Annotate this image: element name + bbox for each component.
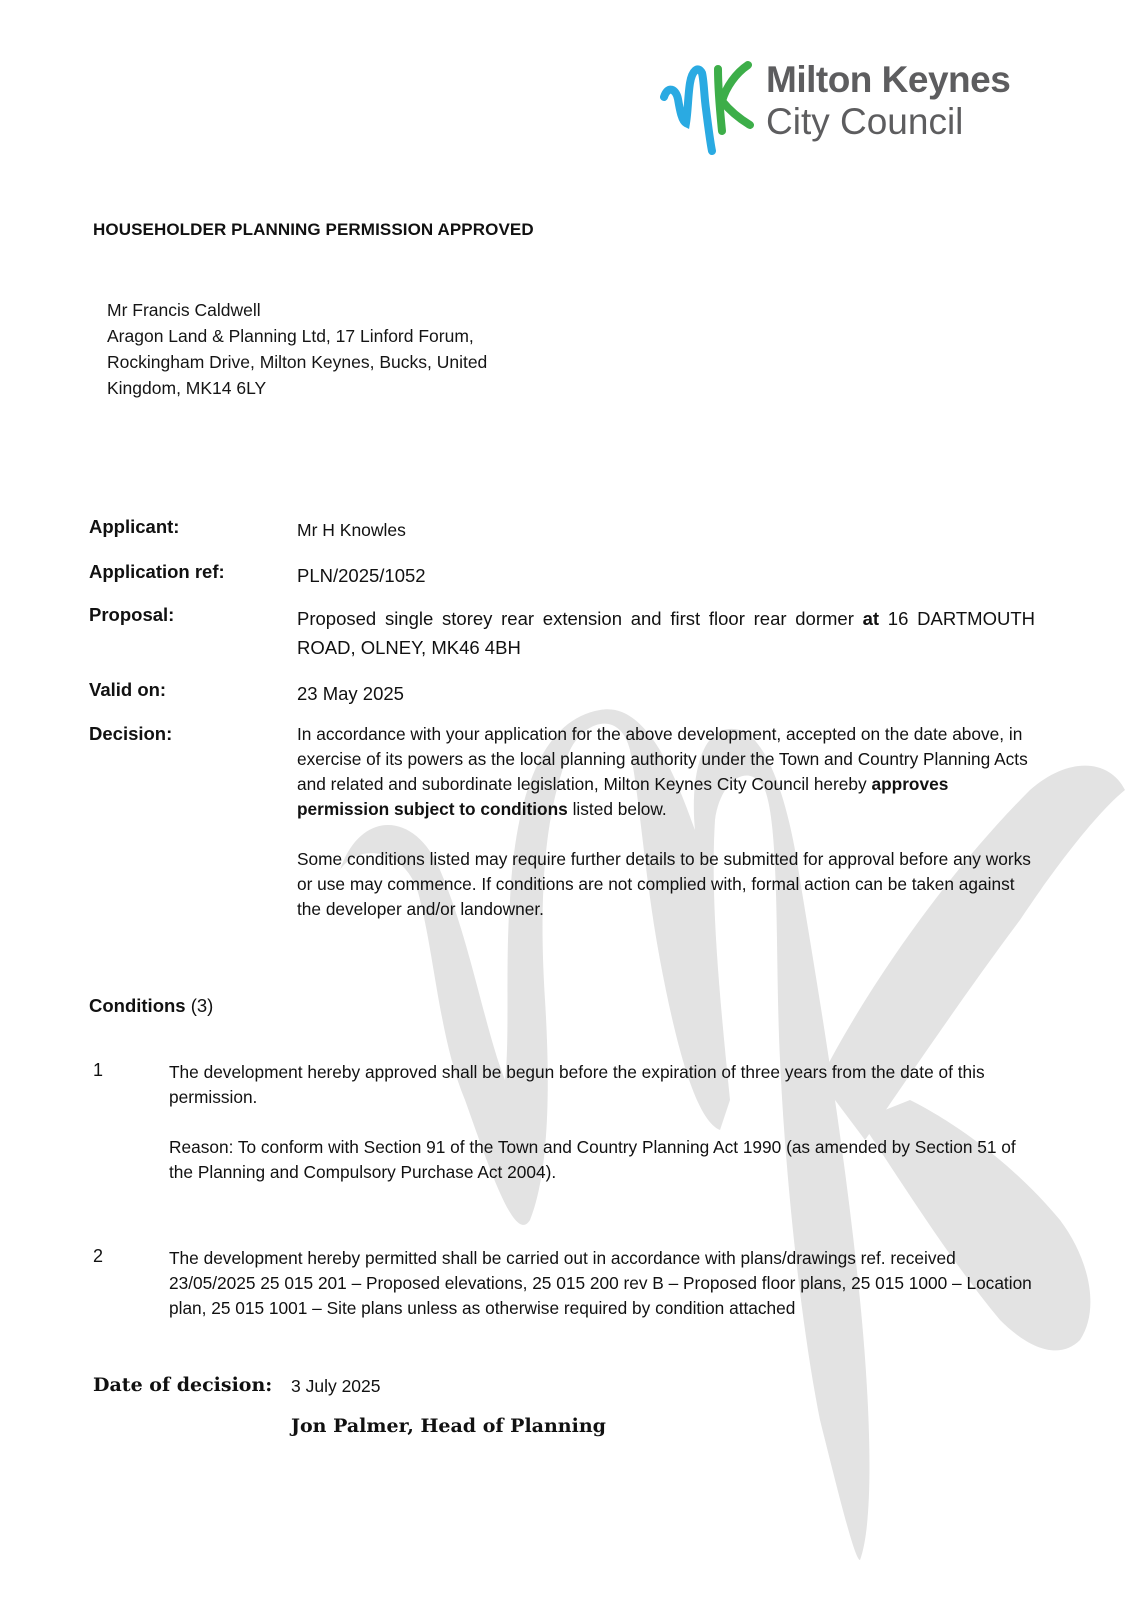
applicant-label: Applicant: (89, 516, 179, 538)
condition-number: 1 (93, 1060, 103, 1081)
conditions-heading: Conditions (3) (89, 995, 213, 1017)
date-of-decision-label: Date of decision: (93, 1374, 272, 1396)
proposal-text: Proposed single storey rear extension an… (297, 608, 863, 629)
conditions-count: (3) (191, 995, 214, 1016)
address-line: Aragon Land & Planning Ltd, 17 Linford F… (107, 323, 487, 349)
proposal-text-bold: at (863, 608, 879, 629)
application-ref-label: Application ref: (89, 561, 225, 583)
condition-reason: Reason: To conform with Section 91 of th… (169, 1135, 1039, 1185)
document-title: HOUSEHOLDER PLANNING PERMISSION APPROVED (93, 220, 534, 240)
decision-paragraph: In accordance with your application for … (297, 722, 1037, 822)
decision-paragraph-conditions-note: Some conditions listed may require furth… (297, 847, 1037, 922)
decision-text-part: listed below. (568, 799, 667, 819)
condition-text: The development hereby approved shall be… (169, 1060, 1039, 1210)
decision-text: In accordance with your application for … (297, 722, 1037, 947)
condition-body: The development hereby approved shall be… (169, 1060, 1039, 1110)
applicant-value: Mr H Knowles (297, 516, 1035, 545)
valid-on-value: 23 May 2025 (297, 679, 1035, 708)
condition-number: 2 (93, 1246, 103, 1267)
date-of-decision-value: 3 July 2025 (291, 1376, 381, 1397)
condition-body: The development hereby permitted shall b… (169, 1246, 1039, 1321)
document-body: HOUSEHOLDER PLANNING PERMISSION APPROVED… (0, 0, 1132, 1600)
proposal-value: Proposed single storey rear extension an… (297, 604, 1035, 662)
signatory: Jon Palmer, Head of Planning (291, 1415, 606, 1437)
address-line: Kingdom, MK14 6LY (107, 375, 487, 401)
conditions-heading-label: Conditions (89, 995, 186, 1016)
condition-text: The development hereby permitted shall b… (169, 1246, 1039, 1346)
decision-label: Decision: (89, 723, 172, 745)
application-ref-value: PLN/2025/1052 (297, 561, 1035, 590)
address-line: Rockingham Drive, Milton Keynes, Bucks, … (107, 349, 487, 375)
address-line: Mr Francis Caldwell (107, 297, 487, 323)
proposal-label: Proposal: (89, 604, 174, 626)
valid-on-label: Valid on: (89, 679, 166, 701)
recipient-address: Mr Francis Caldwell Aragon Land & Planni… (107, 297, 487, 401)
